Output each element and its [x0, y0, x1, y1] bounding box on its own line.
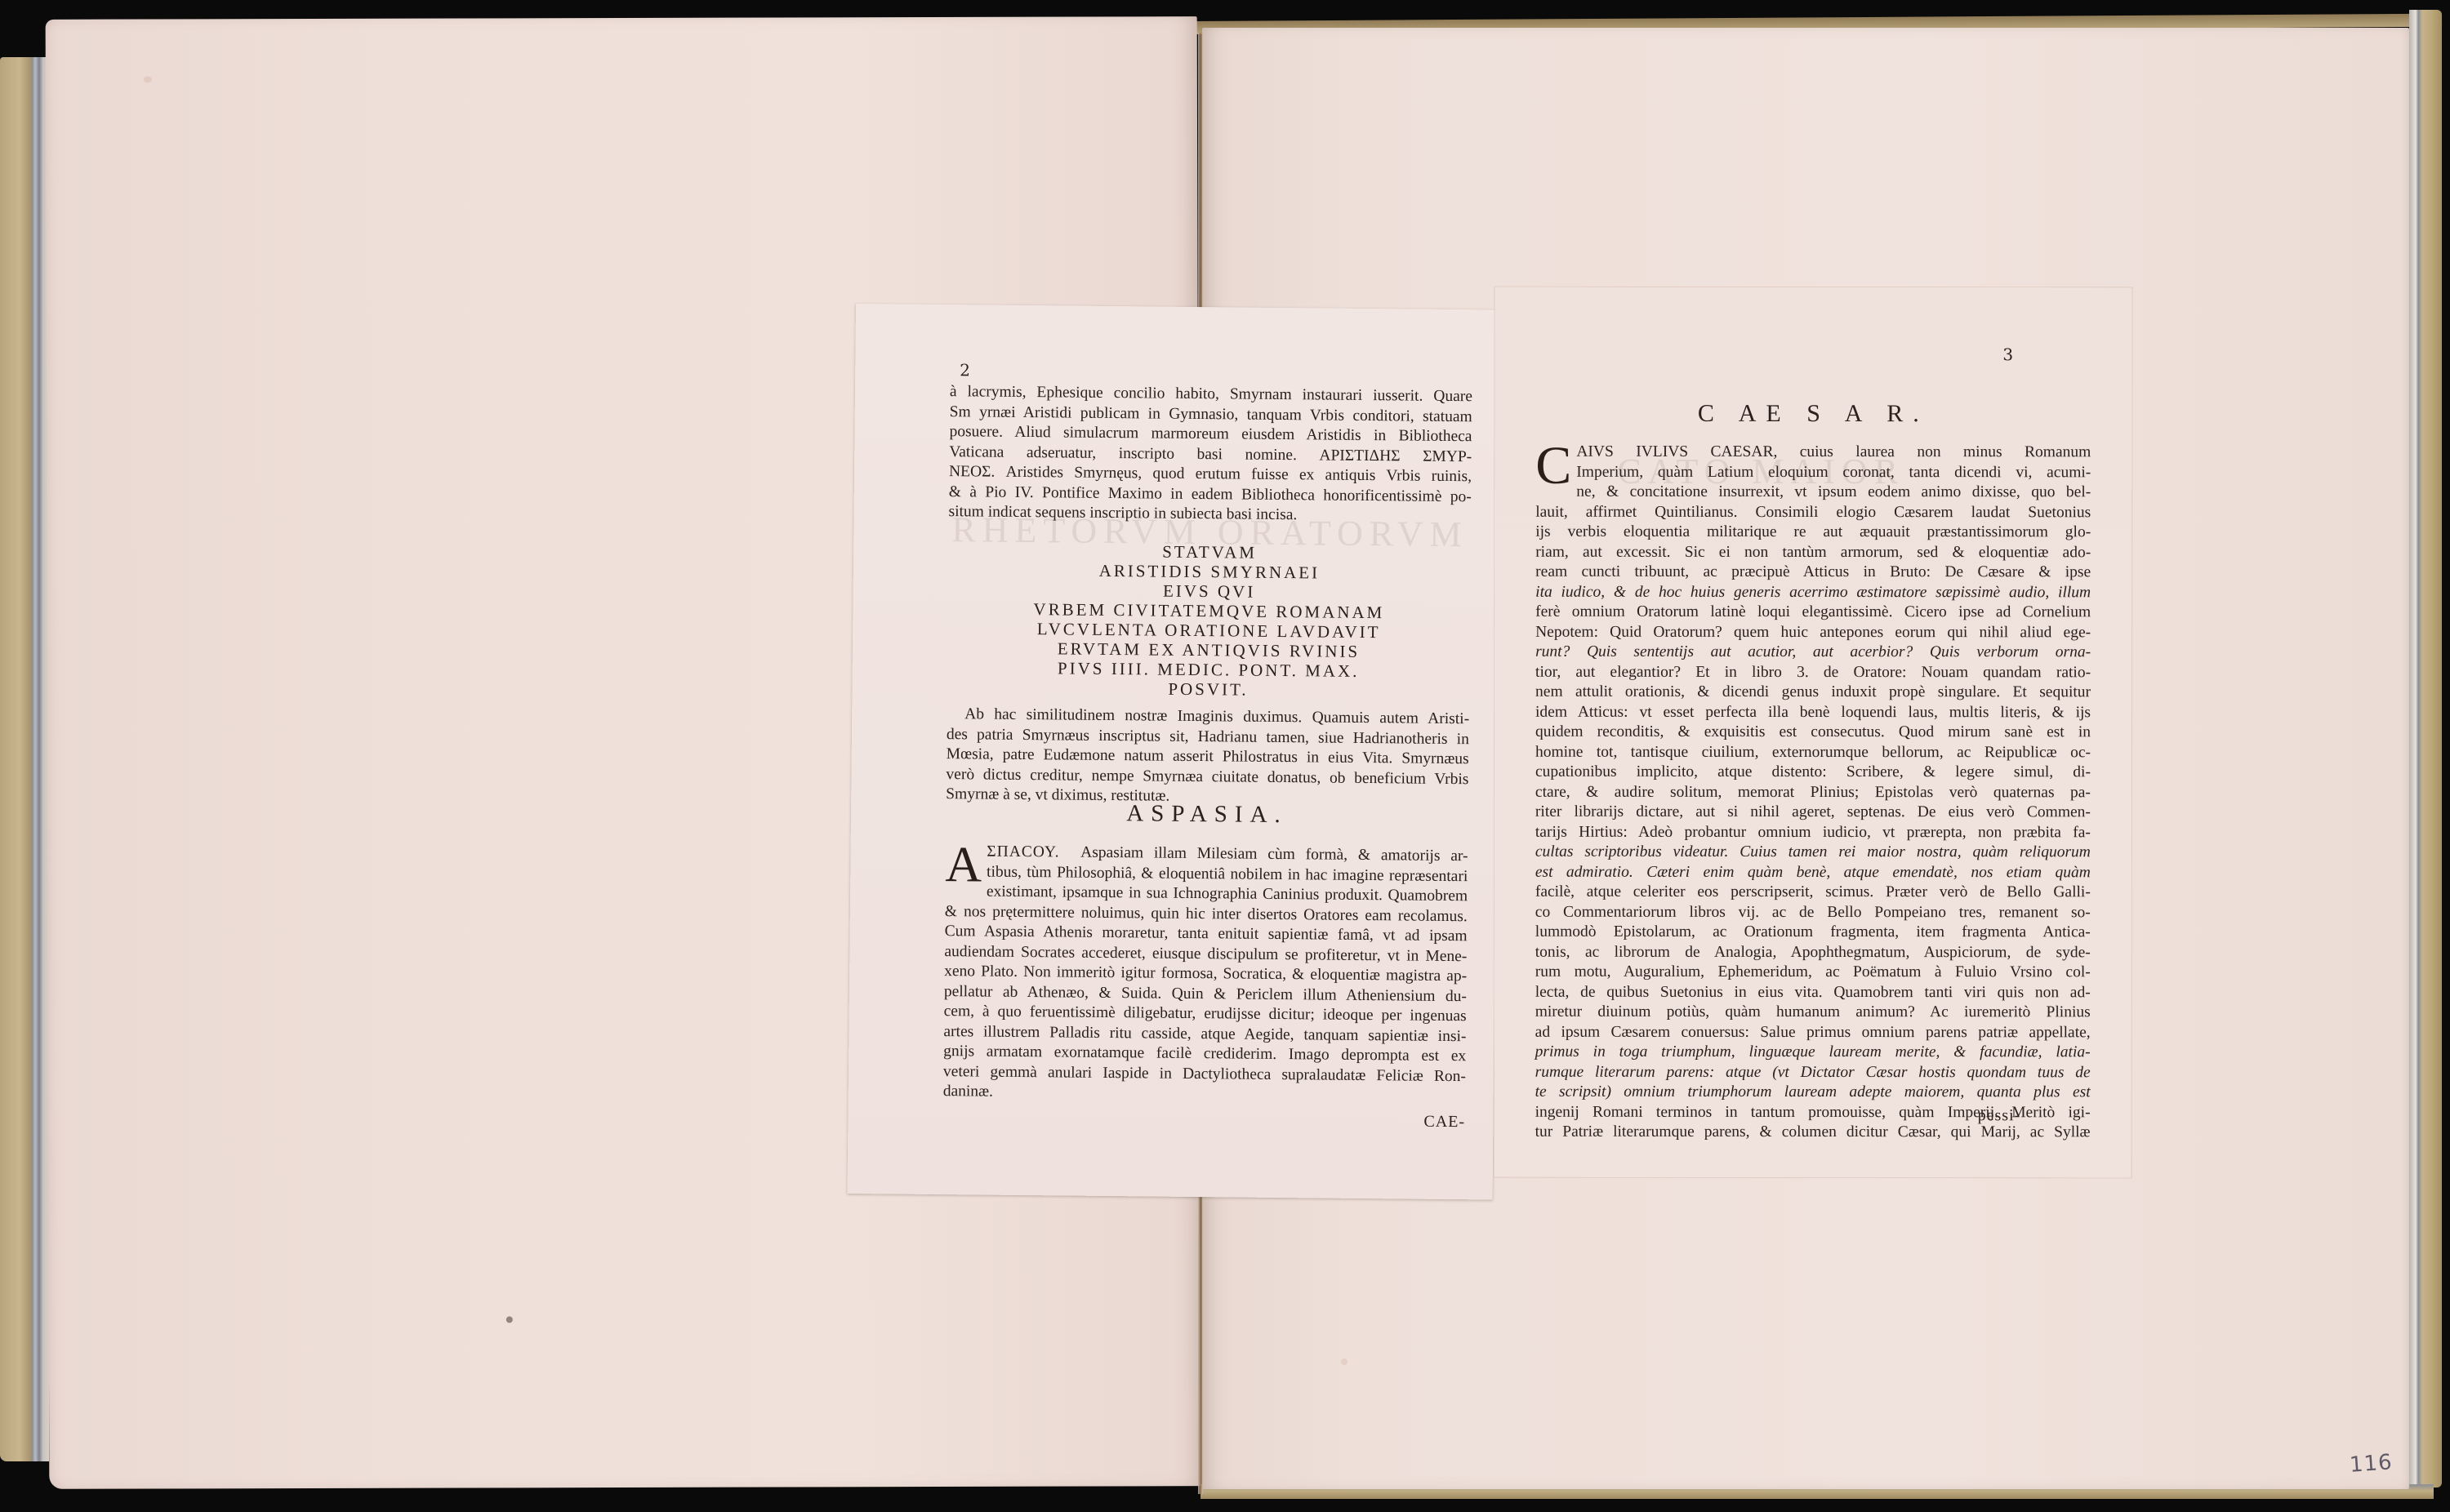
text-line: tur Patriæ literarumque parens, & colume… [1535, 1123, 2091, 1143]
text-line: te scripsit) omnium triumphorum lauream … [1535, 1083, 2091, 1103]
text-fragment: Aspasiam illam Milesiam cùm formà, & ama… [1080, 844, 1468, 865]
book-cover-right-edge [2409, 10, 2442, 1488]
text-line: riam, aut excessit. Sic ei non tantùm ar… [1535, 542, 2091, 563]
foxing-spot [144, 77, 152, 83]
catchword: pessi- [1978, 1106, 2021, 1125]
text-line: lummodò Epistolarum, ac Orationum fragme… [1535, 923, 2091, 943]
text-line: est admiratio. Cæteri enim quàm benè, at… [1535, 862, 2091, 883]
caesar-body: AIVS IVLIVS CAESAR, cuius laurea non min… [1535, 442, 2091, 1143]
aspasia-text: A ΣΠΑCΟΥ. Aspasiam illam Milesiam cùm fo… [943, 842, 1468, 1107]
text-line: ne, & concitatione insurrexit, vt ipsum … [1535, 483, 2091, 503]
aristides-commentary: Ab hac similitudinem nostræ Imaginis dux… [946, 705, 1469, 810]
greek-name: ΣΠΑCΟΥ. [987, 843, 1059, 861]
text-line: ream cuncti tribuunt, ac præcipuè Atticu… [1535, 563, 2091, 583]
drop-cap: A [945, 843, 982, 886]
pasted-leaf-page-3: CATO MAIOR 3 C AE S A R. C AIVS IVLIVS C… [1494, 287, 2132, 1178]
text-line: AIVS IVLIVS CAESAR, cuius laurea non min… [1535, 442, 2091, 463]
foxing-spot [1341, 1359, 1347, 1365]
text-line: tarijs Hirtius: Adeò probantur omnium iu… [1535, 822, 2091, 843]
text-line: lauit, affirmet Quintilianus. Consimili … [1535, 502, 2091, 523]
text-line: cultas scriptoribus videatur. Cuius tame… [1535, 843, 2091, 863]
text-line: miretur diuinum potiùs, quàm humanum ani… [1535, 1003, 2091, 1023]
text-line: quidem reconditis, & exquisitis est cons… [1535, 723, 2091, 743]
text-line: Imperium, quàm Latium eloquium coronat, … [1535, 462, 2091, 483]
page-number: 2 [960, 360, 970, 380]
text-line: ctare, & audire solitum, memorat Plinius… [1535, 782, 2091, 803]
text-line: rumque literarum parens: atque (vt Dicta… [1535, 1062, 2091, 1083]
aristides-text: à lacrymis, Ephesique concilio habito, S… [948, 382, 1472, 527]
foxing-spot [506, 1316, 513, 1323]
text-line: ferè omnium Oratorum latinè loqui elegan… [1535, 603, 2091, 623]
text-line: tior, aut elegantior? Et in libro 3. de … [1535, 662, 2091, 683]
text-line: Nepotem: Quid Oratorum? quem huic antepo… [1535, 622, 2091, 643]
text-line: idem Atticus: vt esset perfecta illa ben… [1535, 702, 2091, 723]
text-line: cupationibus implicito, atque distento: … [1535, 763, 2091, 783]
text-line: facilè, atque celeriter eos perscripseri… [1535, 883, 2091, 903]
text-line: primus in toga triumphum, linguæque laur… [1535, 1043, 2091, 1063]
inscription-line: POSVIT. [947, 677, 1469, 701]
page-number: 3 [2002, 345, 2013, 364]
archive-pencil-number: 116 [2349, 1450, 2394, 1478]
book-cover-left-edge [0, 57, 49, 1461]
section-heading-caesar: C AE S A R. [1535, 400, 2091, 429]
text-line: rum motu, Auguralium, Ephemeridum, ac Po… [1535, 963, 2091, 983]
section-heading-aspasia: ASPASIA. [946, 798, 1468, 830]
text-line: runt? Quis sententijs aut acutior, aut a… [1535, 643, 2091, 663]
drop-cap: C [1535, 444, 1571, 488]
catchword: CAE- [1423, 1113, 1465, 1132]
text-line: ita iudico, & de hoc huius generis acerr… [1535, 582, 2091, 603]
statue-inscription: STATVAM ARISTIDIS SMYRNAEI EIVS QVI VRBE… [947, 540, 1471, 701]
text-line: homine tot, tantisque ciuilium, externor… [1535, 742, 2091, 763]
pasted-leaf-page-2: RHETORVM ORATORVM 2 à lacrymis, Ephesiqu… [848, 304, 1501, 1200]
text-line: lecta, de quibus Suetonius in eius vita.… [1535, 982, 2091, 1003]
text-line: co Commentariorum libros vij. ac de Bell… [1535, 902, 2091, 923]
caesar-text: C AIVS IVLIVS CAESAR, cuius laurea non m… [1535, 442, 2091, 1143]
text-line: tonis, ac librorum de Analogia, Apophthe… [1535, 942, 2091, 963]
text-line: ijs verbis eloquentia militarique re aut… [1535, 523, 2091, 543]
text-line: nem attulit orationis, & dicendi genus i… [1535, 683, 2091, 703]
aspasia-body: ΣΠΑCΟΥ. Aspasiam illam Milesiam cùm form… [943, 842, 1468, 1107]
text-line: riter librarijs dictare, aut si nihil ag… [1535, 803, 2091, 823]
text-line: ad ipsum Cæsarem conuersus: Salue primus… [1535, 1022, 2091, 1043]
